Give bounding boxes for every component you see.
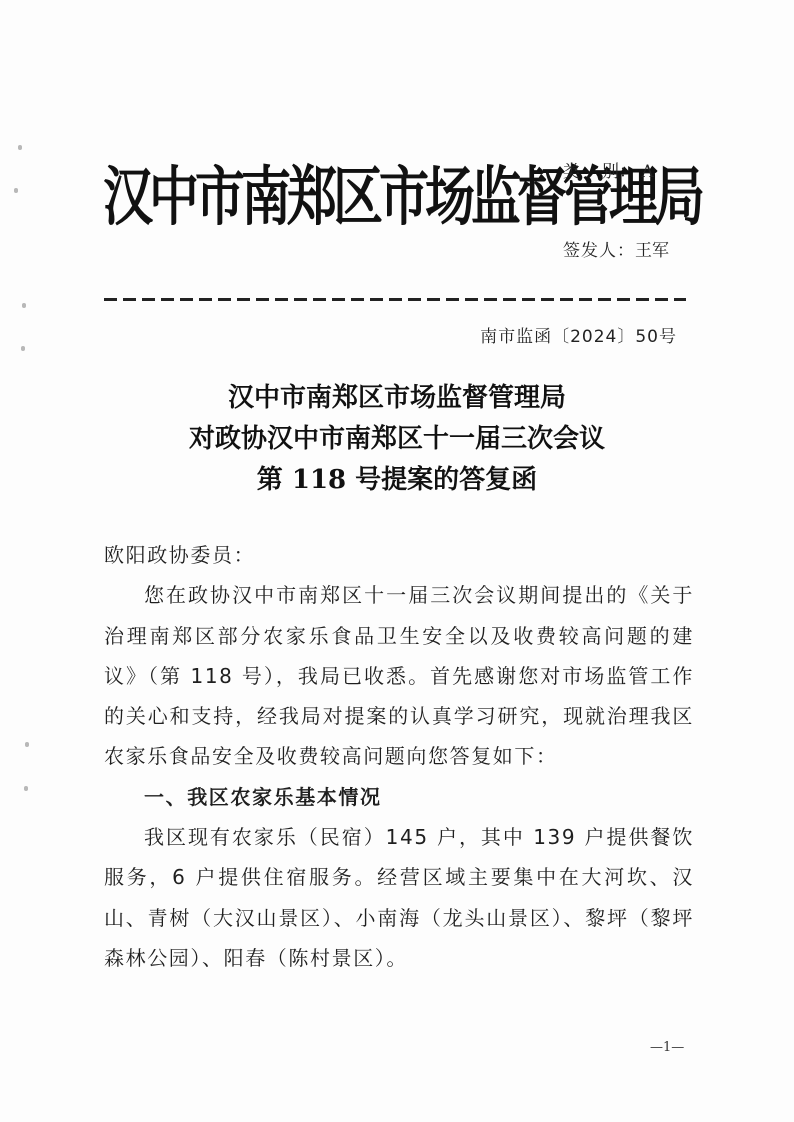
signer-field: 签发人：王军 (563, 236, 669, 261)
category-label: 类 (563, 162, 580, 182)
body-paragraph: 您在政协汉中市南郑区十一届三次会议期间提出的《关于治理南郑区部分农家乐食品卫生安… (104, 575, 694, 776)
document-body: 欧阳政协委员： 您在政协汉中市南郑区十一届三次会议期间提出的《关于治理南郑区部分… (104, 535, 694, 978)
category-label-2: 别： (602, 162, 636, 182)
title-line-1: 汉中市南郑区市场监督管理局 (0, 378, 794, 419)
title-line-2: 对政协汉中市南郑区十一届三次会议 (0, 419, 794, 460)
document-number: 南市监函〔2024〕50号 (480, 322, 677, 347)
scan-speck (24, 786, 28, 791)
scan-speck (22, 303, 26, 308)
dashed-divider (104, 298, 686, 301)
signer-label: 签发人： (563, 241, 635, 261)
body-paragraph: 我区现有农家乐（民宿）145 户，其中 139 户提供餐饮服务，6 户提供住宿服… (104, 817, 694, 978)
scan-speck (21, 346, 25, 351)
scan-speck (25, 742, 29, 747)
document-title: 汉中市南郑区市场监督管理局 对政协汉中市南郑区十一届三次会议 第 118 号提案… (0, 378, 794, 501)
salutation: 欧阳政协委员： (104, 535, 694, 575)
category-value: A (641, 162, 653, 182)
document-page: 汉中市南郑区市场监督管理局 类别： A 签发人：王军 南市监函〔2024〕50号… (0, 0, 794, 1122)
scan-speck (18, 145, 22, 150)
signer-value: 王军 (635, 241, 669, 261)
category-field: 类别： A (563, 157, 654, 182)
section-heading: 一、我区农家乐基本情况 (104, 777, 694, 817)
scan-speck (14, 188, 18, 193)
title-line-3: 第 118 号提案的答复函 (0, 460, 794, 501)
page-number: —1— (650, 1040, 684, 1055)
